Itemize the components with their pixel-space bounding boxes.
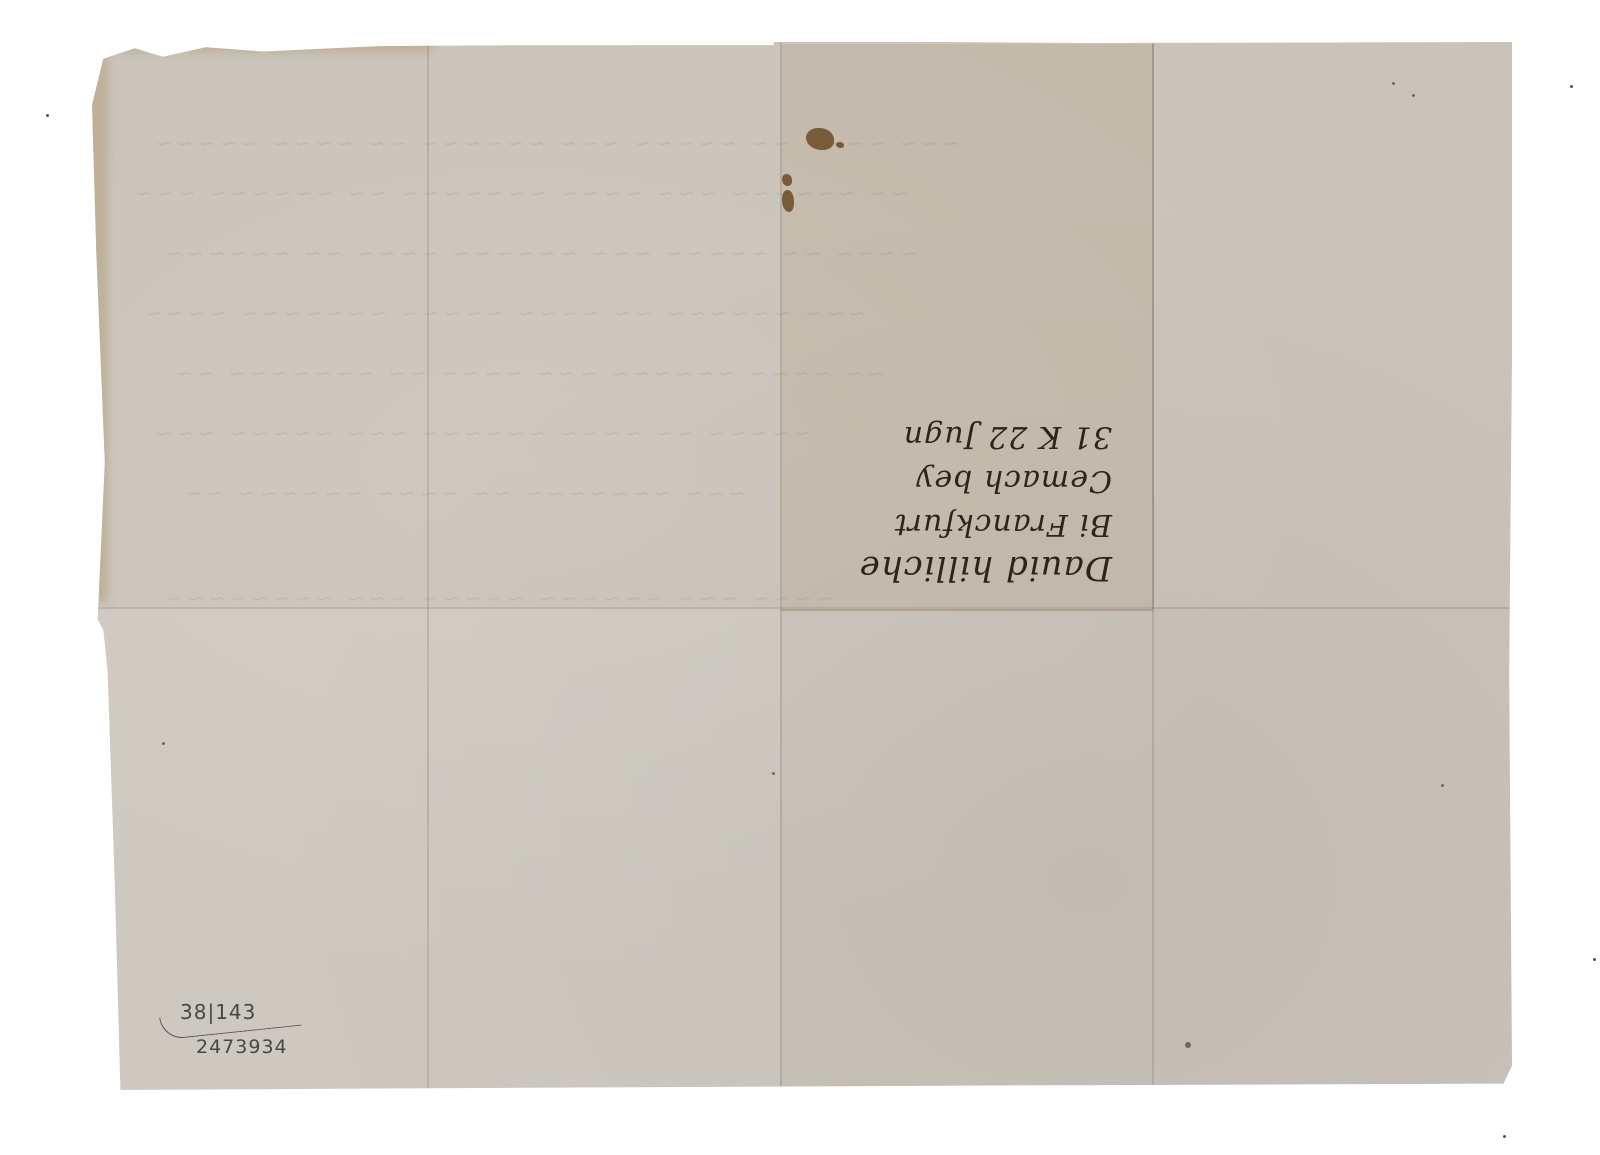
paper-speck <box>162 742 165 745</box>
address-endorsement: Dauid hilliche Bi Franckfurt Cemach bey … <box>812 400 1112 590</box>
archive-inventory-number: 2473934 <box>196 1036 288 1058</box>
paper-speck <box>1185 1042 1191 1048</box>
paper-sheet: ~~~ ~~~~ ~~ ~~~~~ ~~~ ~~~~~~ ~~ ~~~~ ~~~… <box>92 42 1512 1092</box>
paper-speck <box>1441 784 1444 787</box>
background-speck <box>46 114 49 117</box>
archive-shelfmark: 38|143 <box>180 1000 256 1024</box>
top-edge-stain <box>92 36 432 52</box>
bleed-through-line: ~~ ~~~~~~ ~~~ ~~~~ ~~~~~~~ ~~ ~~~~~~ ~~~ <box>132 182 909 207</box>
bleed-through-line: ~~~ ~~~~~~ ~~ ~~~~ ~~~~~ ~~~~~~~ ~~~~ <box>142 302 866 327</box>
address-line-2: Bi Franckfurt <box>812 502 1112 546</box>
background-speck <box>1593 958 1596 961</box>
address-line-3: Cemach bey <box>812 458 1112 502</box>
background-speck <box>1570 85 1573 88</box>
bleed-through-line: ~~~~~ ~~ ~~~~ ~~~~~~ ~~~ ~~~~~ ~~~ <box>152 422 812 447</box>
paper-speck <box>772 772 775 775</box>
bleed-through-line: ~~ ~~~~ ~~~~~~ ~~~ ~~~~ ~~ ~~~~~~~ ~~ <box>172 362 885 387</box>
paper-speck <box>1392 82 1395 85</box>
address-line-1: Dauid hilliche <box>812 546 1112 590</box>
bleed-through-line: ~~~~ ~~ ~~~~~ ~~~ ~~~~~~ ~~~~ ~~ ~~~~~~ <box>162 242 918 267</box>
bleed-through-line: ~~~ ~~~~~~~ ~~ ~~~~ ~~~~~~ ~~ <box>182 482 746 507</box>
bleed-through-line: ~~~ ~~~~ ~~ ~~~~~ ~~~ ~~~~~~ ~~ ~~~~ ~~~… <box>152 132 961 157</box>
paper-speck <box>1412 94 1415 97</box>
left-edge-stain <box>86 42 108 602</box>
background-speck <box>1503 1135 1506 1138</box>
address-line-4: 31 K 22 Jugn <box>812 414 1112 458</box>
bleed-through-line: ~~~~ ~~~ ~~~~~~ ~~~~~ ~~~ ~~~~~~~~ <box>162 587 834 612</box>
